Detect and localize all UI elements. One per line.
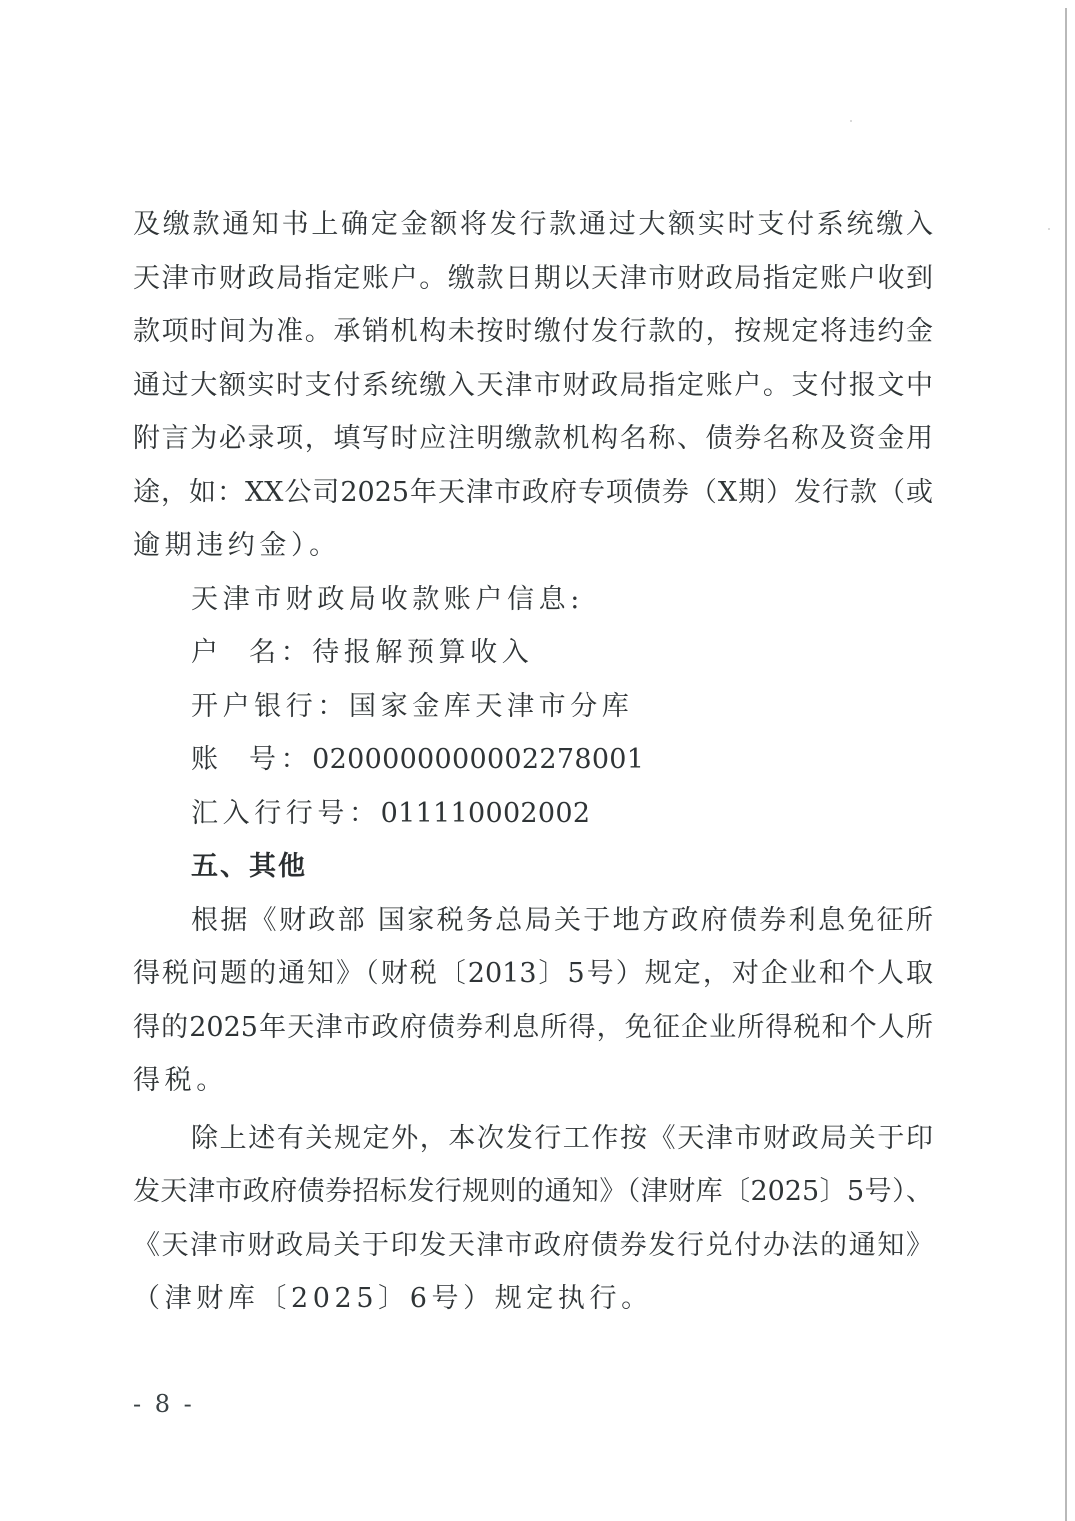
text-line: 除上述有关规定外，本次发行工作按《天津市财政局关于印 bbox=[133, 1112, 933, 1166]
payment-instructions-paragraph: 及缴款通知书上确定金额将发行款通过大额实时支付系统缴入 天津市财政局指定账户。缴… bbox=[133, 198, 933, 573]
other-regulations-paragraph: 除上述有关规定外，本次发行工作按《天津市财政局关于印 发天津市政府债券招标发行规… bbox=[133, 1112, 933, 1326]
account-number-label: 账 号： bbox=[191, 744, 312, 775]
routing-number-row: 汇入行行号：011110002002 bbox=[133, 787, 933, 841]
routing-number-value: 011110002002 bbox=[381, 798, 591, 829]
text-line: 款项时间为准。承销机构未按时缴付发行款的，按规定将违约金 bbox=[133, 305, 933, 359]
text-line: 逾期违约金）。 bbox=[133, 519, 933, 573]
bank-row: 开户银行：国家金库天津市分库 bbox=[133, 680, 933, 734]
text-line: 发天津市政府债券招标发行规则的通知》（津财库〔2025〕5号）、 bbox=[133, 1165, 933, 1219]
tax-exemption-paragraph: 根据《财政部 国家税务总局关于地方政府债券利息免征所 得税问题的通知》（财税〔2… bbox=[133, 894, 933, 1108]
text-line: 得的2025年天津市政府债券利息所得，免征企业所得税和个人所 bbox=[133, 1001, 933, 1055]
section-5: 五、其他 根据《财政部 国家税务总局关于地方政府债券利息免征所 得税问题的通知》… bbox=[133, 840, 933, 1326]
text-line: 《天津市财政局关于印发天津市政府债券发行兑付办法的通知》 bbox=[133, 1219, 933, 1273]
scan-speck bbox=[850, 120, 852, 122]
page-number: - 8 - bbox=[133, 1390, 195, 1418]
account-number-row: 账 号：0200000000002278001 bbox=[133, 733, 933, 787]
text-line: 天津市财政局指定账户。缴款日期以天津市财政局指定账户收到 bbox=[133, 252, 933, 306]
document-page: 及缴款通知书上确定金额将发行款通过大额实时支付系统缴入 天津市财政局指定账户。缴… bbox=[0, 0, 1075, 1521]
text-line: 及缴款通知书上确定金额将发行款通过大额实时支付系统缴入 bbox=[133, 198, 933, 252]
document-body: 及缴款通知书上确定金额将发行款通过大额实时支付系统缴入 天津市财政局指定账户。缴… bbox=[133, 198, 933, 1326]
text-line: 附言为必录项，填写时应注明缴款机构名称、债券名称及资金用 bbox=[133, 412, 933, 466]
routing-number-label: 汇入行行号： bbox=[191, 798, 381, 829]
account-name-row: 户 名：待报解预算收入 bbox=[133, 626, 933, 680]
text-line: 途，如：XX公司2025年天津市政府专项债券（X期）发行款（或 bbox=[133, 466, 933, 520]
scan-speck bbox=[1048, 228, 1050, 230]
text-line: 得税问题的通知》（财税〔2013〕5号）规定，对企业和个人取 bbox=[133, 947, 933, 1001]
text-line: 得税。 bbox=[133, 1054, 933, 1108]
text-line: 通过大额实时支付系统缴入天津市财政局指定账户。支付报文中 bbox=[133, 359, 933, 413]
bank-value: 国家金库天津市分库 bbox=[349, 691, 633, 722]
section-heading: 五、其他 bbox=[133, 840, 933, 894]
account-info-block: 天津市财政局收款账户信息: 户 名：待报解预算收入 开户银行：国家金库天津市分库… bbox=[133, 573, 933, 841]
account-name-label: 户 名： bbox=[191, 637, 312, 668]
text-line: （津财库〔2025〕6号）规定执行。 bbox=[133, 1272, 933, 1326]
scan-edge-line bbox=[1065, 8, 1067, 1521]
bank-label: 开户银行： bbox=[191, 691, 349, 722]
account-number-value: 0200000000002278001 bbox=[312, 744, 644, 775]
account-info-title: 天津市财政局收款账户信息: bbox=[133, 573, 933, 627]
text-line: 根据《财政部 国家税务总局关于地方政府债券利息免征所 bbox=[133, 894, 933, 948]
account-name-value: 待报解预算收入 bbox=[312, 637, 533, 668]
